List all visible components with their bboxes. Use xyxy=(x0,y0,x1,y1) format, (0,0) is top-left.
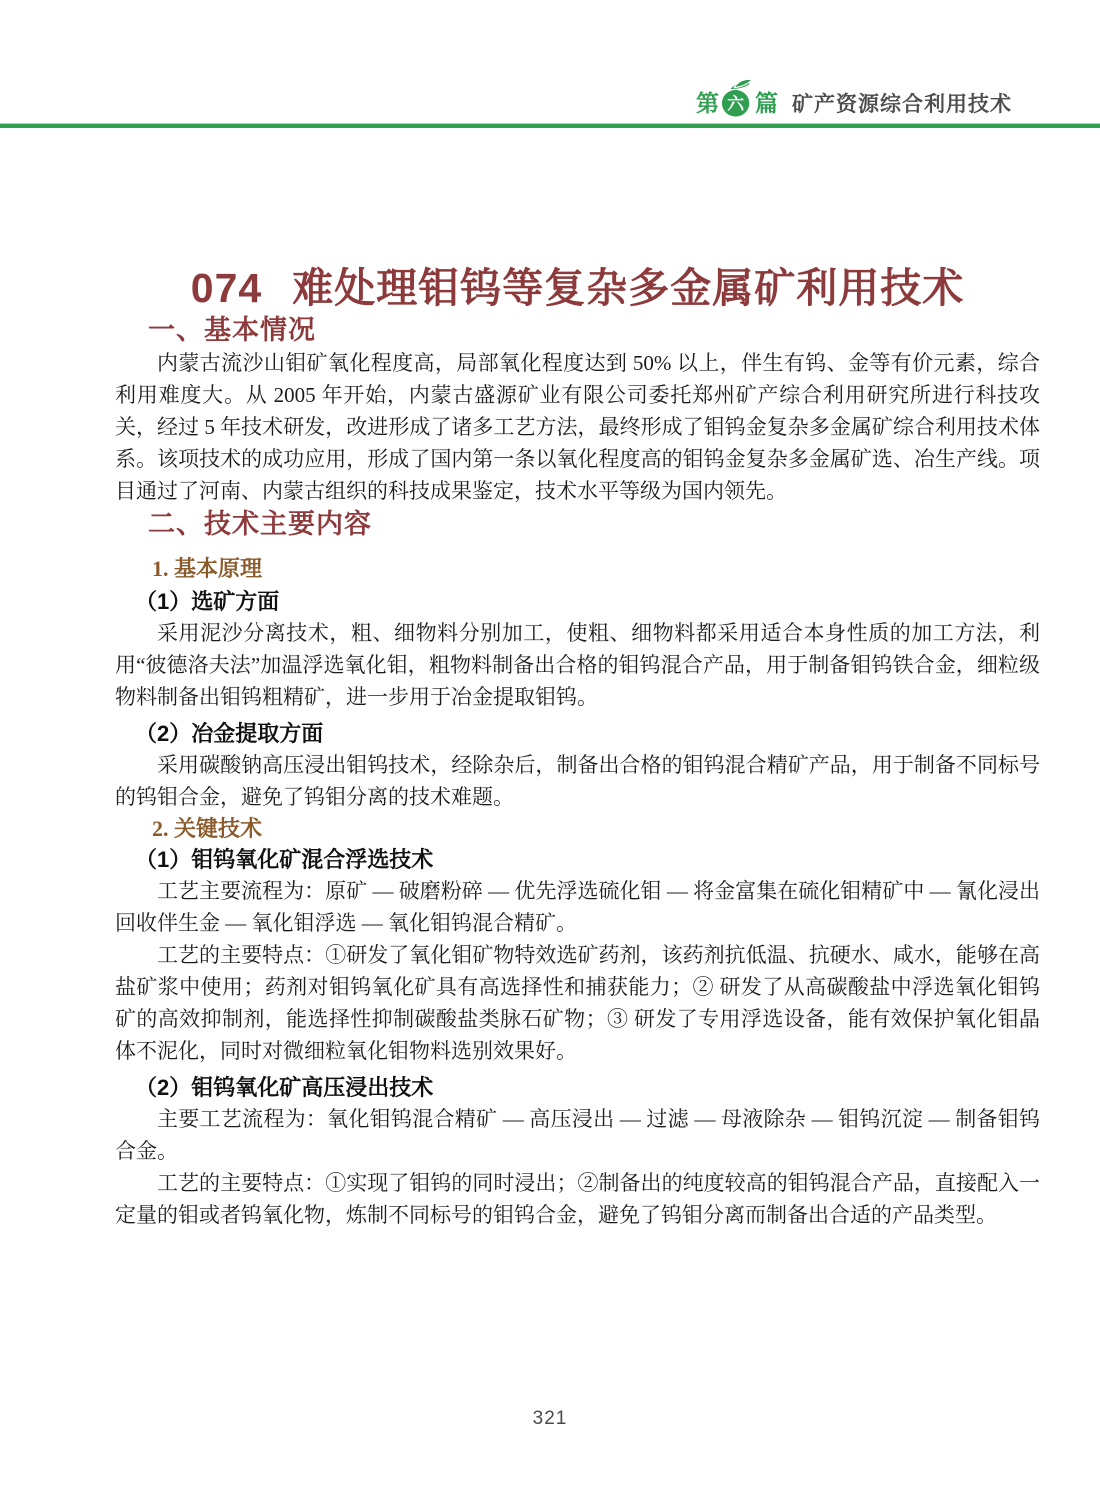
section-heading-basic-situation: 一、基本情况 xyxy=(148,313,1040,347)
paragraph-basic-situation: 内蒙古流沙山钼矿氧化程度高，局部氧化程度达到 50% 以上，伴生有钨、金等有价元… xyxy=(115,347,1040,507)
paragraph-beneficiation: 采用泥沙分离技术，粗、细物料分别加工，使粗、细物料都采用适合本身性质的加工方法，… xyxy=(115,617,1040,713)
section-heading-main-content: 二、技术主要内容 xyxy=(148,507,1040,541)
subheading-metallurgy-extraction: （2）冶金提取方面 xyxy=(135,719,1040,749)
paragraph-flotation-flow: 工艺主要流程为：原矿 — 破磨粉碎 — 优先浮选硫化钼 — 将金富集在硫化钼精矿… xyxy=(115,875,1040,939)
subheading-flotation-technology: （1）钼钨氧化矿混合浮选技术 xyxy=(135,845,1040,875)
subheading-basic-principle: 1. 基本原理 xyxy=(152,555,1040,583)
subheading-beneficiation: （1）选矿方面 xyxy=(135,587,1040,617)
page-content: 074难处理钼钨等复杂多金属矿利用技术 一、基本情况 内蒙古流沙山钼矿氧化程度高… xyxy=(115,0,1040,1231)
article-number: 074 xyxy=(191,265,262,311)
paragraph-flotation-features: 工艺的主要特点：①研发了氧化钼矿物特效选矿药剂，该药剂抗低温、抗硬水、咸水，能够… xyxy=(115,939,1040,1067)
paragraph-leaching-flow: 主要工艺流程为：氧化钼钨混合精矿 — 高压浸出 — 过滤 — 母液除杂 — 钼钨… xyxy=(115,1103,1040,1167)
article-title-text: 难处理钼钨等复杂多金属矿利用技术 xyxy=(292,265,964,311)
paragraph-leaching-features: 工艺的主要特点：①实现了钼钨的同时浸出；②制备出的纯度较高的钼钨混合产品，直接配… xyxy=(115,1167,1040,1231)
page-number: 321 xyxy=(0,1408,1100,1430)
subheading-key-technology: 2. 关键技术 xyxy=(152,815,1040,843)
subheading-pressure-leaching-technology: （2）钼钨氧化矿高压浸出技术 xyxy=(135,1073,1040,1103)
paragraph-metallurgy-extraction: 采用碳酸钠高压浸出钼钨技术，经除杂后，制备出合格的钼钨混合精矿产品，用于制备不同… xyxy=(115,749,1040,813)
article-title: 074难处理钼钨等复杂多金属矿利用技术 xyxy=(115,263,1040,313)
